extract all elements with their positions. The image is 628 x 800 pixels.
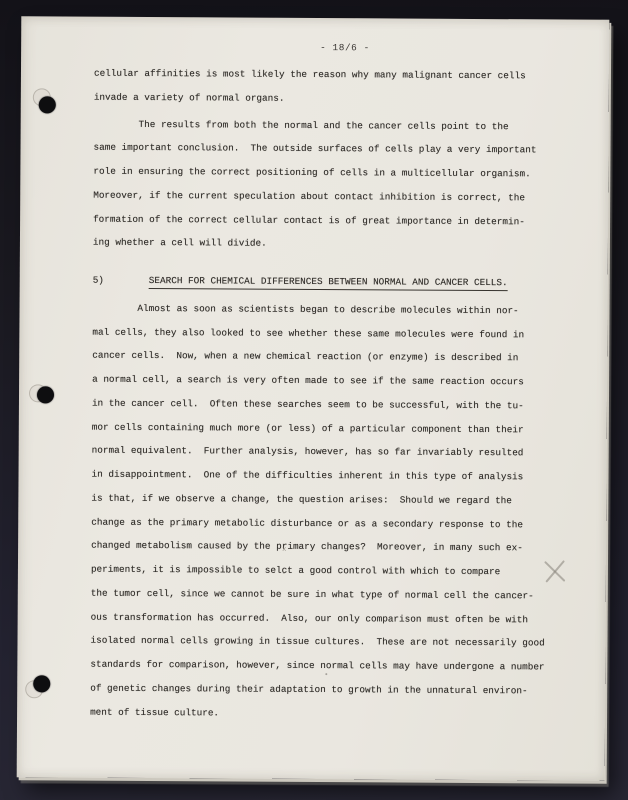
section-heading: 5) SEARCH FOR CHEMICAL DIFFERENCES BETWE… (93, 269, 571, 296)
page-number: - 18/6 - (320, 42, 370, 53)
smudge-dot (325, 673, 327, 675)
section-title: SEARCH FOR CHEMICAL DIFFERENCES BETWEEN … (149, 275, 508, 291)
scan-background: - 18/6 - cellular affinities is most lik… (0, 0, 628, 800)
document-page: - 18/6 - cellular affinities is most lik… (17, 16, 610, 781)
section-heading-spacer (104, 275, 149, 286)
section-number: 5) (93, 275, 104, 286)
pencil-insertion-mark-below: . (282, 570, 286, 577)
paragraph-continuation: cellular affinities is most likely the r… (94, 62, 572, 112)
paragraph-search: Almost as soon as scientists began to de… (90, 296, 571, 726)
paragraph-results: The results from both the normal and the… (93, 112, 572, 257)
hole-punch-top (39, 96, 56, 113)
hole-punch-bottom (33, 675, 50, 692)
pencil-x-mark (542, 557, 568, 585)
typewritten-text: cellular affinities is most likely the r… (90, 62, 572, 727)
pencil-insertion-mark-above: x (282, 547, 286, 554)
hole-punch-middle (37, 386, 54, 403)
